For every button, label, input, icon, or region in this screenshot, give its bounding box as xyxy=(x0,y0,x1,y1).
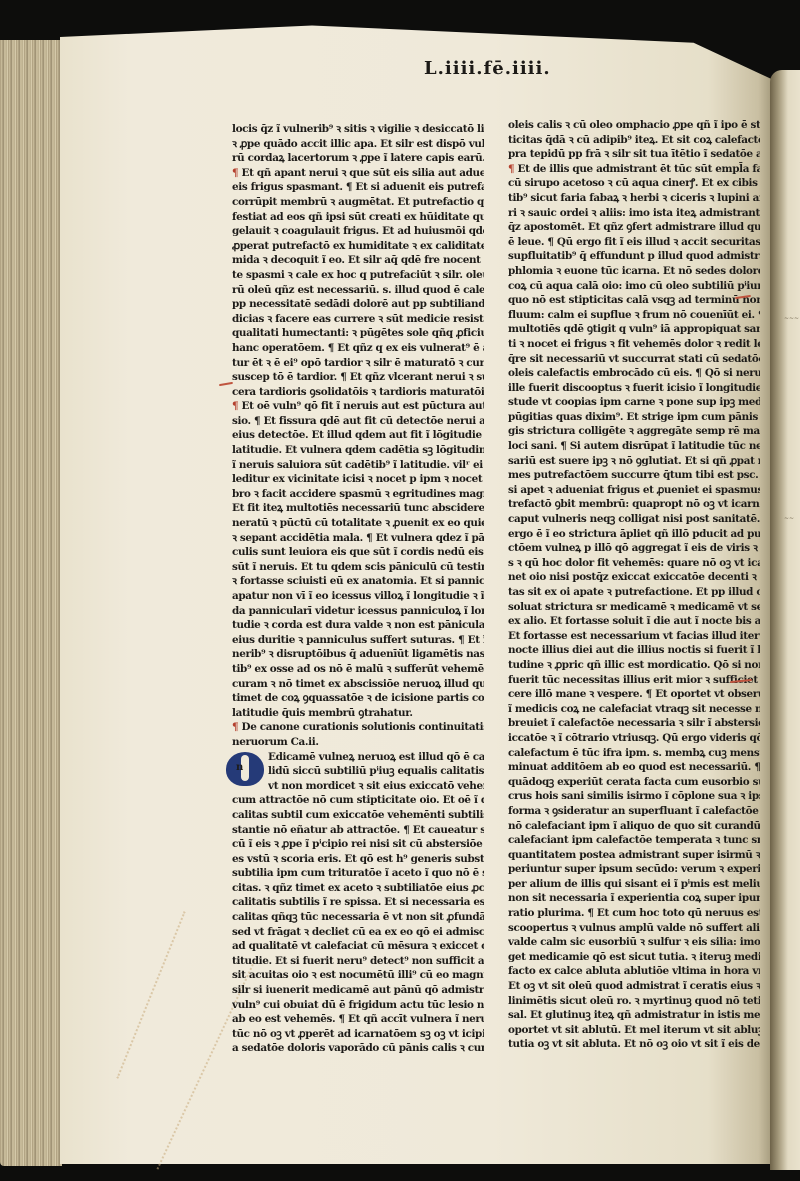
text-line: tutia oꝫ vt sit abluta. Et nō oꝫ oio vt … xyxy=(508,1037,760,1052)
text-line: rū cordaꝝ lacertorum ꝛ ꝓpe ĩ latere capi… xyxy=(232,151,484,166)
paragraph-mark-icon: ¶ xyxy=(232,167,238,179)
text-line: hanc operatōem. ¶ Et qñz q ex eis vulner… xyxy=(232,341,484,356)
text-line: ĩ neruis saluiora sūt cadētib⁹ ĩ latitud… xyxy=(232,458,484,473)
text-line: calitas subtil cum exiccatōe vehemēnti s… xyxy=(232,808,484,823)
text-line: multotiēs qdē ꝯtigit q vuln⁹ iā appropiq… xyxy=(508,322,760,337)
text-line: per alium de illis qui sisant ei ĩ pⁱmis… xyxy=(508,877,760,892)
text-line: cū sirupo acetoso ꝛ cū aqua cinerꝭ. Et e… xyxy=(508,176,760,191)
text-line: Et oꝫ vt sit oleū quod admistrat ĩ cerat… xyxy=(508,979,760,994)
text-line: s ꝛ qū hoc dolor fit vehemēs: quare nō o… xyxy=(508,556,760,571)
text-line: bro ꝛ facit accidere spasmū ꝛ egritudine… xyxy=(232,487,484,502)
text-line: Edicamē vulneꝝ neruoꝝ est illud qō ē ca xyxy=(268,750,484,765)
text-line: q̄re sit necessariū vt succurrat stati c… xyxy=(508,352,760,367)
text-line: gelauit ꝛ coagulauit frigus. Et ad huius… xyxy=(232,224,484,239)
text-line: scoopertus ꝛ vulnus amplū valde nō suffe… xyxy=(508,921,760,936)
text-line: festiat ad eos qñ ipsi sūt creati ex hūi… xyxy=(232,210,484,225)
text-line: tur ēt ꝛ ē ei⁹ opō tardior ꝛ silr ē matu… xyxy=(232,356,484,371)
text-line: pūgitias quas dixim⁹. Et strige ipm cum … xyxy=(508,410,760,425)
text-line: coꝝ cū aqua calā oio: imo cū oleo subtil… xyxy=(508,279,760,294)
text-line: lidū siccū subtiliū pⁱiuꝫ equalis calita… xyxy=(268,764,484,779)
text-line: ratio plurima. ¶ Et cum hoc toto qū neru… xyxy=(508,906,760,921)
right-column: oleis calis ꝛ cū oleo omphacio ꝓpe qñ ĩ … xyxy=(508,118,760,1052)
text-line: timet de coꝝ ꝯquassatōe ꝛ de icisione pa… xyxy=(232,691,484,706)
text-line: mida ꝛ decoquit ĩ eo. Et silr aq̄ qdē fr… xyxy=(232,253,484,268)
text-line: crus hois sani similis isirmo ĩ cōplone … xyxy=(508,789,760,804)
text-line: oportet vt sit ablutū. Et mel iterum vt … xyxy=(508,1023,760,1038)
text-line: pra tepidū pp frā ꝛ silr sit tua ītētio … xyxy=(508,147,760,162)
text-line: nocte illius diei aut die illius noctis … xyxy=(508,643,760,658)
text-line: sio. ¶ Et fissura qdē aut fit cū detectō… xyxy=(232,414,484,429)
text-line: periuntur super ipsum secūdo: verum ꝛ ex… xyxy=(508,862,760,877)
text-line: tib⁹ sicut faria fabaꝝ ꝛ herbi ꝛ ciceris… xyxy=(508,191,760,206)
text-line: calefaciant ipm calefactōe temperata ꝛ t… xyxy=(508,833,760,848)
text-line: quādoqꝫ experiūt cerata facta cum eusorb… xyxy=(508,775,760,790)
text-line: da pannicularī videtur icessus panniculo… xyxy=(232,604,484,619)
text-line: ad qualitatē vt calefaciat cū mēsura ꝛ e… xyxy=(232,939,484,954)
text-line: ticitas q̄dā ꝛ cū adipib⁹ iteꝝ. Et sit c… xyxy=(508,133,760,148)
decorated-initial-m: n xyxy=(226,752,264,786)
text-line: sed vt frāgat ꝛ decliet cū ea ex eo qō e… xyxy=(232,925,484,940)
text-line: loci sani. ¶ Si autem disrūpat ĩ latitud… xyxy=(508,439,760,454)
text-line: ab eo est vehemēs. ¶ Et qñ accīt vulnera… xyxy=(232,1012,484,1027)
text-line: forma ꝛ ꝯsideratur an superfluant ĩ cale… xyxy=(508,804,760,819)
book-page-edges xyxy=(0,40,62,1166)
text-line: ¶ Et qñ apant nerui ꝛ que sūt eis silia … xyxy=(232,166,484,181)
text-line: cū ĩ eis ꝛ ꝓpe ĩ pⁱcipio rei nisi sit cū… xyxy=(232,837,484,852)
guide-letter: n xyxy=(236,761,243,776)
text-line: nō calefaciant ipm ĩ aliquo de quo sit c… xyxy=(508,819,760,834)
text-line: nerib⁹ ꝛ disruptōibus q̄ aduenīūt ligamē… xyxy=(232,647,484,662)
text-line: dicias ꝛ facere eas currere ꝛ sūt medici… xyxy=(232,312,484,327)
text-line: tib⁹ ex osse ad os nō ē malū ꝛ sufferūt … xyxy=(232,662,484,677)
text-line: vuln⁹ cui obuiat dū ē frigidum actu tūc … xyxy=(232,998,484,1013)
text-line: get medicamie qō est sicut tutia. ꝛ iter… xyxy=(508,950,760,965)
text-line: oleis calefactis embrocādo cū eis. ¶ Qō … xyxy=(508,366,760,381)
paragraph-mark-icon: ¶ xyxy=(232,721,238,733)
text-line: eius duritie ꝛ panniculus suffert sutura… xyxy=(232,633,484,648)
text-line: oleis calis ꝛ cū oleo omphacio ꝓpe qñ ĩ … xyxy=(508,118,760,133)
text-line: tūc nō oꝫ vt ꝓperēt ad icarnatōem sꝫ oꝫ … xyxy=(232,1027,484,1042)
text-line: calitas qñqꝫ tūc necessaria ē vt non sit… xyxy=(232,910,484,925)
text-line: supfluitatib⁹ q̄ effundunt p illud quod … xyxy=(508,249,760,264)
text-line: linimētis sicut oleū ro. ꝛ myrtinuꝫ quod… xyxy=(508,994,760,1009)
text-line: ĩ medicis coꝝ ne calefaciat vtraqꝫ sit n… xyxy=(508,702,760,717)
text-line: silr si iuenerit medicamē aut pānū qō ad… xyxy=(232,983,484,998)
chapter-heading: neruorum Ca.ii. xyxy=(232,735,484,750)
text-line: ē leue. ¶ Qū ergo fit ĩ eis illud ꝛ acci… xyxy=(508,235,760,250)
text-line: sūt ĩ neruis. Et tu qdem scis pāniculū c… xyxy=(232,560,484,575)
text-line: ille fuerit discooptus ꝛ fuerit icisio ĩ… xyxy=(508,381,760,396)
text-line: facto ex calce abluta ablutiōe vltima in… xyxy=(508,964,760,979)
text-line: suscep tō ē tardior. ¶ Et qñz vlcerant n… xyxy=(232,370,484,385)
text-line: tas sit ex oi apate ꝛ putrefactione. Et … xyxy=(508,585,760,600)
text-line: culis sunt leuiora eis que sūt ĩ cordis … xyxy=(232,545,484,560)
text-line: gis strictura colligēte ꝛ aggregāte semp… xyxy=(508,424,760,439)
text-line: citas. ꝛ qñz timet ex aceto ꝛ subtiliatō… xyxy=(232,881,484,896)
text-line: breuiet ĩ calefactōe necessaria ꝛ silr ĩ… xyxy=(508,716,760,731)
text-line: si apet ꝛ adueniat frigus et ꝓueniet ei … xyxy=(508,483,760,498)
text-line: minuat additōem ab eo quod est necessari… xyxy=(508,760,760,775)
left-column: locis q̄z ĩ vulnerib⁹ ꝛ sitis ꝛ vigilie … xyxy=(232,122,484,1056)
text-line: non sit necessaria ĩ experientia coꝝ sup… xyxy=(508,891,760,906)
text-line: ti ꝛ nocet ei frigus ꝛ fit vehemēs dolor… xyxy=(508,337,760,352)
text-line: subtilia ipm cum trituratōe ĩ aceto ĩ qu… xyxy=(232,866,484,881)
text-line: eius detectōe. Et illud qdem aut fit ĩ l… xyxy=(232,428,484,443)
book-gutter xyxy=(770,70,800,1170)
text-line: soluat strictura sr medicamē ꝛ medicamē … xyxy=(508,600,760,615)
text-line: titudie. Et si fuerit neru⁹ detect⁹ non … xyxy=(232,954,484,969)
text-line: fluum: calm ei supflue ꝛ frum nō couenīū… xyxy=(508,308,760,323)
text-line: phlomia ꝛ euone tūc icarna. Et nō sedes … xyxy=(508,264,760,279)
text-line: neratū ꝛ pūctū cū totalitate ꝛ ꝓuenit ex… xyxy=(232,516,484,531)
text-line: sit acuitas oio ꝛ est nocumētū illi⁹ cū … xyxy=(232,968,484,983)
text-line: leditur ex vicinitate icisi ꝛ nocet p ip… xyxy=(232,472,484,487)
text-line: te spasmi ꝛ cale ex hoc q putrefaciūt ꝛ … xyxy=(232,268,484,283)
text-line: stude vt coopias ipm carne ꝛ pone sup ip… xyxy=(508,395,760,410)
text-line: calitatis subtilis ĩ re spissa. Et si ne… xyxy=(232,895,484,910)
text-line: quo nō est stipticitas calā vsqꝫ ad term… xyxy=(508,293,760,308)
text-line: locis q̄z ĩ vulnerib⁹ ꝛ sitis ꝛ vigilie … xyxy=(232,122,484,137)
text-line: cera tardioris ꝯsolidatōis ꝛ tardioris m… xyxy=(232,385,484,400)
text-line: tudie ꝛ corda est dura valde ꝛ non est p… xyxy=(232,618,484,633)
text-line: qualitati humectanti: ꝛ pūgētes sole qñq… xyxy=(232,326,484,341)
text-line: calefactum ē tūc ifra ipm. s. membꝝ cuꝫ … xyxy=(508,746,760,761)
text-line: ꝛ ꝓpe quādo accit illic apa. Et silr est… xyxy=(232,137,484,152)
text-line: corrūpit membrū ꝛ augmētat. Et putrefact… xyxy=(232,195,484,210)
text-line: quantitatem postea admistrant super isir… xyxy=(508,848,760,863)
text-line: apatur non vī ĩ eo icessus villoꝝ ĩ long… xyxy=(232,589,484,604)
text-line: ꝛ sepant accidētia mala. ¶ Et vulnera qd… xyxy=(232,531,484,546)
text-line: a sedatōe doloris vaporādo cū pānis cali… xyxy=(232,1041,484,1056)
text-line: net oio nisi postq̄z exiccat exiccatōe d… xyxy=(508,570,760,585)
text-line: latitudie. Et vulnera qdem cadētia sꝫ lō… xyxy=(232,443,484,458)
text-line: trefactō ꝯbit membrū: quapropt nō oꝫ vt … xyxy=(508,497,760,512)
text-line: caput vulneris neqꝫ colligat nisi post s… xyxy=(508,512,760,527)
text-line: Et fit iteꝝ multotiēs necessariū tunc ab… xyxy=(232,501,484,516)
text-line: cere illō mane ꝛ vespere. ¶ Et oportet v… xyxy=(508,687,760,702)
text-line: sal. Et glutinuꝫ iteꝝ qñ admistratur in … xyxy=(508,1008,760,1023)
text-line: ꝛ fortasse sciuisti eū ex anatomia. Et s… xyxy=(232,574,484,589)
paragraph-mark-icon: ¶ xyxy=(232,400,238,412)
text-line: ergo ē ĩ eo strictura āpliet qñ illō pdu… xyxy=(508,527,760,542)
text-line: tudine ꝛ ꝓpric qñ illic est mordicatio. … xyxy=(508,658,760,673)
text-line: iccatōe ꝛ ĩ cōtrario vtriusqꝫ. Qū ergo v… xyxy=(508,731,760,746)
text-line: rū oleū qñz est necessariū. s. illud quo… xyxy=(232,283,484,298)
paragraph-mark-icon: ¶ xyxy=(508,163,514,175)
text-line: ex alio. Et fortasse soluit ĩ die aut ĩ … xyxy=(508,614,760,629)
text-line: ¶ Et oē vuln⁹ qō fit ĩ neruis aut est pū… xyxy=(232,399,484,414)
text-line: ri ꝛ sauic ordei ꝛ aliis: imo ista iteꝝ … xyxy=(508,206,760,221)
chapter-heading: ¶ De canone curationis solutionis contin… xyxy=(232,720,484,735)
text-line: vt non mordicet ꝛ sit eius exiccatō vehe… xyxy=(268,779,484,794)
text-line: ꝓperat putrefactō ex humiditate ꝛ ex cal… xyxy=(232,239,484,254)
text-line: mes putrefactōem succurre q̄tum tibi est… xyxy=(508,468,760,483)
text-line: valde calm sic eusorbiū ꝛ sulfur ꝛ eis s… xyxy=(508,935,760,950)
text-line: q̄z apostomēt. Et qñz ꝯfert admistrare i… xyxy=(508,220,760,235)
text-line: fuerit tūc necessitas illius erit mior ꝛ… xyxy=(508,673,760,688)
text-line: ¶ Et de illis que admistrant ēt tūc sūt … xyxy=(508,162,760,177)
text-line: curam ꝛ nō timet ex abscissiōe neruoꝝ il… xyxy=(232,677,484,692)
text-line: es vstū ꝛ scoria eris. Et qō est h⁹ gene… xyxy=(232,852,484,867)
margin-annotation: ~~~ xyxy=(784,315,799,322)
margin-annotation: ~~ xyxy=(784,515,794,522)
text-line: stantie nō eñatur ab attractōe. ¶ Et cau… xyxy=(232,823,484,838)
text-line: cum attractōe nō cum stipticitate oio. E… xyxy=(232,793,484,808)
text-line: latitudie q̄uis membrū ꝯtrahatur. xyxy=(232,706,484,721)
text-line: sariū est suere ipꝫ ꝛ nō ꝯglutiat. Et si… xyxy=(508,454,760,469)
running-head: L.iiii.fē.iiii. xyxy=(424,58,551,79)
text-line: ctōem vulneꝝ p illō qō aggregat ĩ eis de… xyxy=(508,541,760,556)
text-line: Et fortasse est necessarium vt facias il… xyxy=(508,629,760,644)
text-line: eis frigus spasmant. ¶ Et si aduenit eis… xyxy=(232,180,484,195)
text-line: pp necessitatē sedādi dolorē aut pp subt… xyxy=(232,297,484,312)
